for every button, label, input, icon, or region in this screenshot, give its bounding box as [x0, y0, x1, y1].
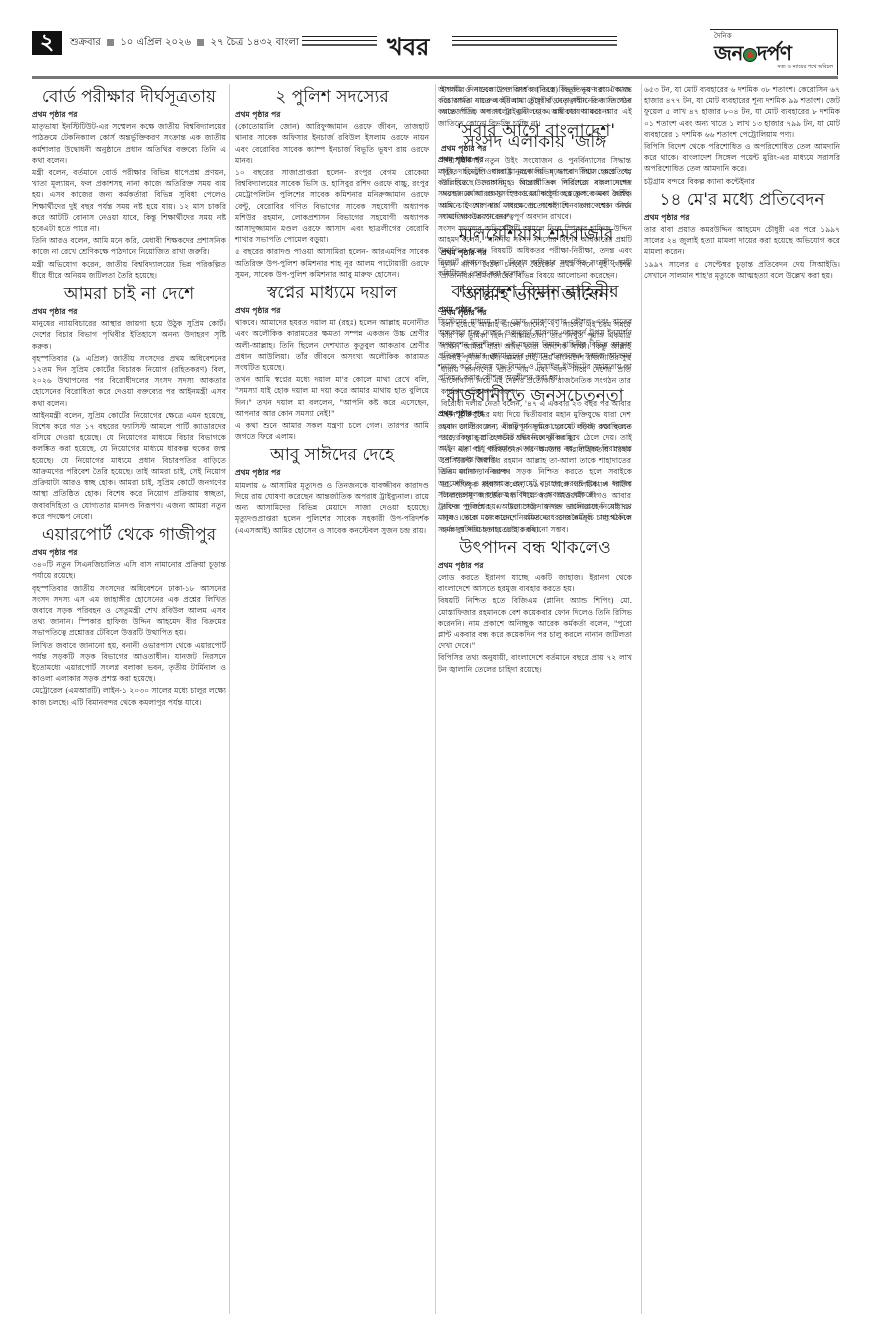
headline: সংসদ এলাকায় 'জঙ্গি	[438, 132, 632, 152]
article-airport-gazipur: এয়ারপোর্ট থেকে গাজীপুর প্রথম পৃষ্ঠার পর…	[32, 525, 226, 708]
paragraph: থাকবে। আমাদের হযরত দয়াল মা (রহঃ) হলেন আ…	[235, 317, 429, 373]
paragraph: মামলায় ৬ আসামির মৃত্যুদণ্ড ও তিনজনকে যা…	[235, 480, 429, 536]
continued-from: প্রথম পৃষ্ঠার পর	[32, 109, 226, 120]
continued-from: প্রথম পৃষ্ঠার পর	[32, 306, 226, 317]
headline: রাজধানীতে জনসচেতনতা	[438, 386, 632, 406]
decorative-rules-right	[452, 36, 617, 48]
continued-from: প্রথম পৃষ্ঠার পর	[438, 408, 632, 419]
continued-from: প্রথম পৃষ্ঠার পর	[235, 467, 429, 478]
paragraph: মাতৃভাষা ইনস্টিটিউট-এর সম্মেলন কক্ষে জাত…	[32, 121, 226, 166]
paragraph: মানুষের ন্যায়বিচারের আস্থার জায়গা হয়ে…	[32, 318, 226, 352]
section-title: খবর	[387, 29, 429, 69]
article-board-exam: বোর্ড পরীক্ষার দীর্ঘসূত্রতায় প্রথম পৃষ্…	[32, 87, 226, 281]
continued-from: প্রথম পৃষ্ঠার পর	[438, 304, 632, 315]
headline: ১৪ মে'র মধ্যে প্রতিবেদন	[644, 190, 840, 210]
continued-from: প্রথম পৃষ্ঠার পর	[438, 560, 632, 571]
paragraph: লোড করতে ইরানগ যাচ্ছে একটি জাহাজ। ইরানগ …	[438, 572, 632, 594]
article-report-may-14: ১৪ মে'র মধ্যে প্রতিবেদন প্রথম পৃষ্ঠার পর…	[644, 190, 840, 281]
headline: বোর্ড পরীক্ষার দীর্ঘসূত্রতায়	[32, 87, 226, 107]
article-capital-awareness: রাজধানীতে জনসচেতনতা প্রথম পৃষ্ঠার পর রহম…	[438, 386, 632, 534]
paragraph: সংসদ সদস্যের অভিযোগটি আমলে নিয়ে স্পিকার…	[438, 223, 632, 279]
paragraph: মানুষ, দাড়ি-টুপিওয়ালা মানুষকে বিভিন্ন …	[438, 166, 632, 222]
paragraph: বিপিসি বিদেশ থেকে পরিশোধিত ও অপরিশোধিত ত…	[644, 141, 840, 175]
headline: ২ পুলিশ সদস্যের	[235, 87, 429, 107]
decorative-rules-left	[302, 36, 377, 48]
column-4: আগামীর দিনগুলোতেও আর জাতিকে বিভক্ত নয় ব…	[438, 84, 632, 676]
column-2: ২ পুলিশ সদস্যের প্রথম পৃষ্ঠার পর (কোতোয়…	[235, 84, 429, 537]
paragraph: তিনি আরও বলেন, আমি মনে করি, মেধাবী শিক্ষ…	[32, 235, 226, 257]
separator-square-icon	[197, 39, 204, 46]
article-fuel-continued: ৬৫৩ টন, যা মোট ব্যবহারের ৬ দশমিক ৩৮ শতাং…	[644, 84, 840, 187]
paragraph: তিনি জানান, নিরাপদ সড়ক নিশ্চিত করতে হলে…	[438, 466, 632, 500]
continued-from: প্রথম পৃষ্ঠার পর	[32, 547, 226, 558]
column-divider	[229, 84, 230, 1314]
article-abu-sayeed: আবু সাঈদের দেহে প্রথম পৃষ্ঠার পর মামলায়…	[235, 445, 429, 535]
article-dream-dayal: স্বপ্নের মাধ্যমে দয়াল প্রথম পৃষ্ঠার পর …	[235, 283, 429, 442]
paragraph: বিপিসির তথ্য অনুযায়ী, বাংলাদেশে বর্তমান…	[438, 652, 632, 674]
page-number: ২	[32, 31, 62, 55]
masthead-logo: জনদর্পণ	[714, 42, 837, 64]
paragraph: ৩৪০টি নতুন সিএনজিচালিত এসি বাস নামানোর প…	[32, 559, 226, 581]
headline: বাংলাদেশ বিমান বাহিনীর	[438, 282, 632, 302]
paragraph: মন্ত্রী বলেন, বর্তমানে বোর্ড পরীক্ষার বি…	[32, 167, 226, 234]
dateline: শুক্রবার ১০ এপ্রিল ২০২৬ ২৭ চৈত্র ১৪৩২ বা…	[70, 35, 299, 52]
paragraph: তার বাবা প্রয়াত কমরউদ্দিন আহমেদ চৌধুরী …	[644, 224, 840, 258]
paragraph: মেট্রোরেল (এমআরটি) লাইন-১ ২০৩০ সালের মধ্…	[32, 685, 226, 707]
date: ১০ এপ্রিল ২০২৬	[120, 37, 191, 48]
column-divider	[641, 84, 642, 1314]
separator-square-icon	[107, 39, 114, 46]
paragraph: সিস্টেমের মাধ্যমে শত্রু ড্রোন মোকাবেলার …	[438, 316, 632, 383]
paragraph: বিষয়টি নিশ্চিত হতে বিজিএম (প্লানিং অ্যা…	[438, 595, 632, 651]
column-1: বোর্ড পরীক্ষার দীর্ঘসূত্রতায় প্রথম পৃষ্…	[32, 84, 226, 709]
headline: আবু সাঈদের দেহে	[235, 445, 429, 465]
headline: এয়ারপোর্ট থেকে গাজীপুর	[32, 525, 226, 545]
headline: আমরা চাই না দেশে	[32, 284, 226, 304]
paragraph: ট্রাফিক পুলিশের এ উদ্যোগকে স্বাগত জানিয়…	[438, 501, 632, 535]
bangladesh-map-emblem-icon	[743, 48, 757, 62]
article-supreme-court: আমরা চাই না দেশে প্রথম পৃষ্ঠার পর মানুষে…	[32, 284, 226, 522]
header-divider	[32, 76, 838, 79]
paragraph: লিখিত জবাবে জানানো হয়, বনানী ওভারপাস থে…	[32, 640, 226, 685]
article-production-halt: উৎপাদন বন্ধ থাকলেও প্রথম পৃষ্ঠার পর লোড …	[438, 538, 632, 675]
article-parliament-militant: আগামীর দিনগুলোতেও আর জাতিকে বিভক্ত নয় ব…	[438, 84, 632, 279]
paragraph: মন্ত্রী অভিযোগ করেন, জাতীয় বিশ্ববিদ্যাল…	[32, 259, 226, 281]
paragraph: ৬৫৩ টন, যা মোট ব্যবহারের ৬ দশমিক ৩৮ শতাং…	[644, 84, 840, 140]
continued-from: প্রথম পৃষ্ঠার পর	[235, 305, 429, 316]
paragraph: চট্টগ্রাম বন্দরে বিকল্প ক্যানা কন্টেইনার	[644, 176, 840, 187]
paragraph: আগামীর দিনগুলোতেও আর জাতিকে বিভক্ত নয় ব…	[438, 84, 632, 129]
headline: স্বপ্নের মাধ্যমে দয়াল	[235, 283, 429, 303]
page-header: ২ শুক্রবার ১০ এপ্রিল ২০২৬ ২৭ চৈত্র ১৪৩২ …	[32, 31, 838, 81]
paragraph: বৃহস্পতিবার জাতীয় সংসদের অধিবেশনে ঢাকা-…	[32, 583, 226, 639]
day: শুক্রবার	[70, 37, 101, 48]
paragraph: এ কথা শুনে আমার সকল যন্ত্রণা চলে গেল। তা…	[235, 420, 429, 442]
paragraph: ৫ বছরের কারাদণ্ড পাওয়া আসামিরা হলেন- আর…	[235, 246, 429, 280]
headline: উৎপাদন বন্ধ থাকলেও	[438, 538, 632, 558]
continued-from: প্রথম পৃষ্ঠার পর	[644, 212, 840, 223]
paragraph: (কোতোয়ালি জোন) আরিফুজ্জামান ওরফে জীবন, …	[235, 121, 429, 166]
paragraph: আইনমন্ত্রী বলেন, সুপ্রিম কোর্টের নিয়োগে…	[32, 410, 226, 522]
continued-from: প্রথম পৃষ্ঠার পর	[235, 109, 429, 120]
paragraph: বৃহস্পতিবার (৯ এপ্রিল) জাতীয় সংসদের প্র…	[32, 353, 226, 409]
masthead-tagline: সত্য ও ন্যায়ের পথে অবিচল	[714, 64, 837, 72]
continued-from: প্রথম পৃষ্ঠার পর	[438, 154, 632, 165]
paragraph: রহমান সেলী বলেন, একটি মানসম্মত হেলমেট জী…	[438, 421, 632, 466]
paragraph: ১৯৯৭ সালের ৫ সেপ্টেম্বর চূড়ান্ত প্রতিবে…	[644, 259, 840, 281]
column-5: ৬৫৩ টন, যা মোট ব্যবহারের ৬ দশমিক ৩৮ শতাং…	[644, 84, 840, 282]
paragraph: তখন আমি স্বপ্নের মধ্যে দয়াল মা'র কোলে ম…	[235, 374, 429, 419]
bangla-date: ২৭ চৈত্র ১৪৩২ বাংলা	[210, 37, 298, 48]
masthead: দৈনিক জনদর্পণ সত্য ও ন্যায়ের পথে অবিচল	[710, 29, 838, 75]
column-divider	[435, 84, 436, 1314]
paragraph: ১০ বছরের সাজাপ্রাপ্তরা হলেন- রংপুর বেগম …	[235, 167, 429, 245]
article-police-members: ২ পুলিশ সদস্যের প্রথম পৃষ্ঠার পর (কোতোয়…	[235, 87, 429, 280]
article-air-force: বাংলাদেশ বিমান বাহিনীর প্রথম পৃষ্ঠার পর …	[438, 282, 632, 383]
